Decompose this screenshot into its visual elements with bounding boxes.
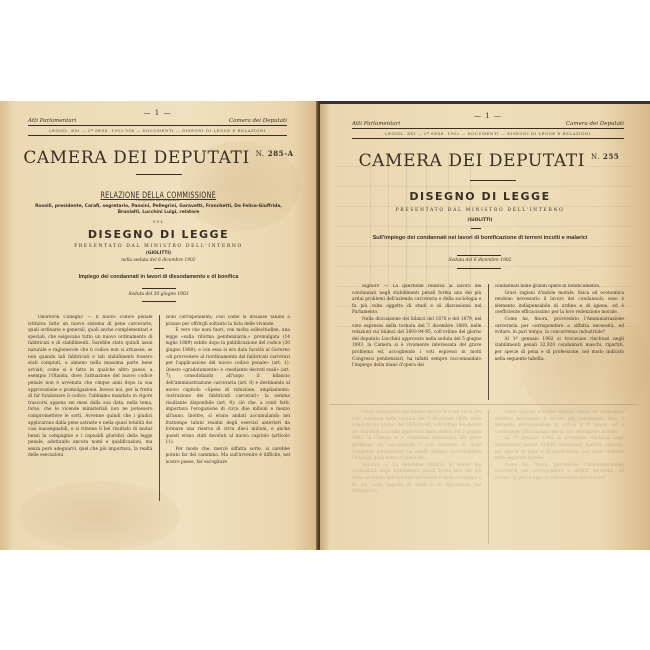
presentato-line: PRESENTATO DAL MINISTRO DELL'INTERNO <box>0 244 317 249</box>
bleed-column: Nella discussione dei bilanci del 1878 e… <box>352 410 482 544</box>
header-left: Atti Parlamentari <box>352 121 400 127</box>
seduta-presentazione: nella seduta del 6 dicembre 1902 <box>0 258 317 263</box>
bleed-paragraph: Come ha, finora, provveduto l'Amministra… <box>495 463 625 483</box>
number-prefix: N. <box>591 153 600 161</box>
paragraph: È vero che noni fuori, con molta solleci… <box>166 328 291 447</box>
body-columns: Onorevoli Colleghi! — Il nuovo codice pe… <box>28 315 290 501</box>
document-number: N. 285-A <box>256 150 294 158</box>
disegno-heading: DISEGNO DI LEGGE <box>0 228 317 241</box>
column-2: condannati nelle grandi opere di bonific… <box>495 284 625 400</box>
rule <box>457 268 501 269</box>
bleed-divider <box>488 410 489 544</box>
chamber-title: CAMERA DEI DEPUTATIN. 255 <box>328 151 650 171</box>
bleed-paragraph: Nella discussione dei bilanci del 1878 e… <box>352 410 482 463</box>
bleed-paragraph: Gravi ragioni d'indole morale, fisica ed… <box>495 410 625 436</box>
running-header: — 1 — Atti Parlamentari Camera dei Deput… <box>28 109 287 136</box>
paragraph: Gravi ragioni d'indole morale, fisica ed… <box>495 291 625 317</box>
sul-label: SUL <box>0 220 317 224</box>
number-prefix: N. <box>256 150 265 158</box>
chamber-title: CAMERA DEI DEPUTATIN. 285-A <box>0 148 317 168</box>
header-right: Camera dei Deputati <box>566 121 624 127</box>
members-line-2: Brunialti, Lucchini Luigi, relatore <box>12 210 305 216</box>
minister-name: (GIOLITTI) <box>0 251 317 256</box>
column-1: Signori! — La questione relativa al lavo… <box>352 284 482 400</box>
body-columns: Signori! — La questione relativa al lavo… <box>352 284 624 400</box>
bleed-through-rule <box>330 404 638 405</box>
number-value: 255 <box>603 152 619 161</box>
bleed-through-text: Nella discussione dei bilanci del 1878 e… <box>352 410 624 544</box>
page-number: — 1 — <box>352 112 624 120</box>
column-1: Onorevoli Colleghi! — Il nuovo codice pe… <box>28 315 153 501</box>
paragraph: condannati nelle grandi opere di bonific… <box>495 284 625 291</box>
header-subline: LEGISL. XXI — 2ª SESS. 1902 — DOCUMENTI … <box>352 131 624 136</box>
paragraph: Come ha, finora, provveduto l'Amministra… <box>495 317 625 337</box>
header-rule <box>28 125 287 126</box>
header-rule <box>28 135 287 136</box>
paragraph: zioni corrispondenti; così come si invia… <box>166 315 291 328</box>
column-2: zioni corrispondenti; così come si invia… <box>166 315 291 501</box>
header-rule <box>352 138 624 139</box>
short-rule <box>471 228 481 229</box>
minister-name: (GIOLITTI) <box>318 218 650 223</box>
document-number: N. 255 <box>591 153 619 161</box>
seduta: Seduta del 6 dicembre 1902 <box>318 258 650 263</box>
short-rule <box>154 268 164 269</box>
rule <box>457 255 501 256</box>
title-text: CAMERA DEI DEPUTATI <box>359 151 585 171</box>
header-left: Atti Parlamentari <box>28 118 76 124</box>
seduta-relazione: Seduta del 30 giugno 1903 <box>0 292 317 297</box>
rule <box>142 301 176 302</box>
ornament-rule <box>470 180 516 181</box>
column-divider <box>488 284 489 400</box>
bleed-paragraph: Signori! — La questione relativa al lavo… <box>352 463 482 496</box>
title-text: CAMERA DEI DEPUTATI <box>23 148 249 168</box>
page-number: — 1 — <box>28 109 287 117</box>
number-value: 285-A <box>268 149 294 158</box>
header-rule <box>352 128 624 129</box>
header-subline: LEGISL. XXI — 2ª SESS. 1902-904 — DOCUME… <box>28 128 287 133</box>
paragraph: Nella discussione dei bilanci del 1878 e… <box>352 317 482 370</box>
disegno-heading: DISEGNO DI LEGGE <box>318 190 650 203</box>
bill-subject: Sull'impiego dei condannati nei lavori d… <box>318 235 650 241</box>
paragraph: Onorevoli Colleghi! — Il nuovo codice pe… <box>28 315 153 460</box>
running-header: — 1 — Atti Parlamentari Camera dei Deput… <box>352 112 624 139</box>
paragraph: Per modo che, mercè siffatta sorte, si s… <box>166 447 291 467</box>
left-page: — 1 — Atti Parlamentari Camera dei Deput… <box>0 101 318 550</box>
rule <box>142 288 176 289</box>
right-page: — 1 — Atti Parlamentari Camera dei Deput… <box>318 101 650 550</box>
bill-subject: Impiego dei condannati in lavori di diss… <box>0 274 317 280</box>
composta-label: composta dei deputati: <box>0 197 317 202</box>
paragraph: Signori! — La questione relativa al lavo… <box>352 284 482 317</box>
bleed-column: Gravi ragioni d'indole morale, fisica ed… <box>495 410 625 544</box>
commission-members: Rosolli, presidente, Carafi, segretario,… <box>0 204 317 216</box>
paragraph: Al 1º gennaio 1902 si trovavano rinchius… <box>495 337 625 363</box>
header-right: Camera dei Deputati <box>229 118 287 124</box>
presentato-line: PRESENTATO DAL MINISTRO DELL'INTERNO <box>318 208 650 213</box>
column-divider <box>159 315 160 501</box>
bleed-paragraph: Al 1º gennaio 1902 si trovavano rinchius… <box>495 436 625 462</box>
ornament-rule <box>136 174 182 175</box>
